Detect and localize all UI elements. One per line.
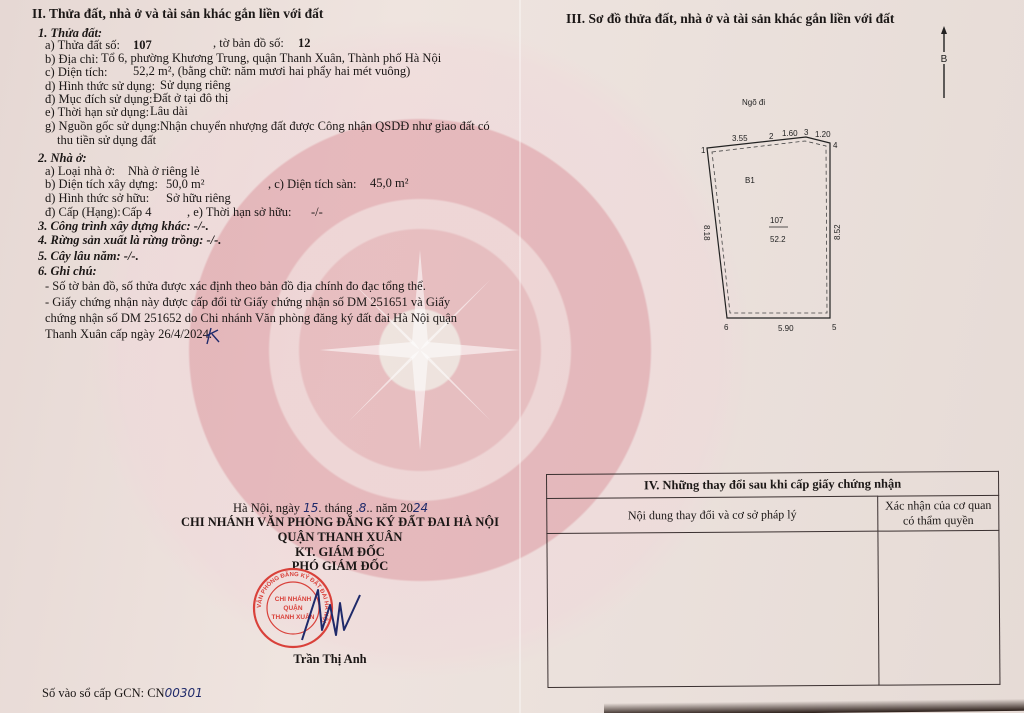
land-area: 52,2 m², (bằng chữ: năm mươi hai phẩy ha… [133, 64, 410, 79]
signing-org2: QUẬN THANH XUÂN [170, 530, 510, 545]
registry-value: 00301 [165, 686, 203, 700]
notes-heading: 6. Ghi chú: [38, 264, 97, 279]
svg-text:1.20: 1.20 [815, 130, 831, 139]
notes-line2: - Giấy chứng nhận này được cấp đổi từ Gi… [45, 295, 450, 310]
svg-text:5.90: 5.90 [778, 324, 794, 333]
fold-line [519, 0, 521, 713]
registry-number: Số vào sổ cấp GCN: CN00301 [42, 686, 203, 701]
date-month-label: tháng [325, 501, 353, 515]
signing-role1: KT. GIÁM ĐỐC [170, 545, 510, 560]
svg-text:8.18: 8.18 [702, 225, 711, 241]
land-origin-line2: thu tiền sử dụng đất [57, 133, 156, 148]
changes-content-cell [547, 531, 879, 687]
notes-line1: - Số tờ bản đồ, số thửa được xác định th… [45, 279, 426, 294]
signature-icon [300, 585, 370, 645]
notes-line4: Thanh Xuân cấp ngày 26/4/2024. [45, 327, 212, 342]
house-build-area: 50,0 m² [166, 177, 204, 192]
signer-name: Trần Thị Anh [280, 652, 380, 667]
svg-text:3.55: 3.55 [732, 134, 748, 143]
land-map-label: , tờ bản đồ số: [213, 36, 284, 51]
date-month: 8 [359, 501, 367, 515]
parcel-area: 52.2 [770, 235, 786, 244]
notes-line3: chứng nhận số DM 251652 do Chi nhánh Văn… [45, 311, 457, 326]
land-map-no: 12 [298, 36, 311, 51]
svg-text:B: B [941, 54, 948, 65]
svg-text:6: 6 [724, 323, 729, 332]
registry-label: Số vào sổ cấp GCN: CN [42, 686, 165, 700]
house-floor-area-label: , c) Diện tích sàn: [268, 177, 357, 192]
house-ownership-label: d) Hình thức sở hữu: [45, 191, 149, 206]
house-floor-area: 45,0 m² [370, 176, 408, 191]
col2-line2: có thẩm quyền [882, 513, 994, 529]
svg-text:5: 5 [832, 323, 837, 332]
section2-title: II. Thửa đất, nhà ở và tài sản khác gắn … [32, 6, 323, 22]
house-ownership: Sở hữu riêng [166, 191, 231, 206]
building-label: B1 [745, 176, 755, 185]
house-build-area-label: b) Diện tích xây dựng: [45, 177, 158, 192]
date-prefix: Hà Nội, ngày [233, 501, 300, 515]
house-grade: Cấp 4 [122, 205, 152, 220]
parcel-number: 107 [770, 216, 784, 225]
svg-text:1.60: 1.60 [782, 129, 798, 138]
svg-text:1: 1 [701, 146, 706, 155]
section4-title: IV. Những thay đổi sau khi cấp giấy chứn… [547, 471, 999, 498]
svg-text:3: 3 [804, 128, 809, 137]
parcel-diagram: Ngõ đi 1 2 3 4 5 6 3.55 1.60 1.20 5.90 8… [690, 90, 870, 340]
date-year-label: năm 20 [376, 501, 413, 515]
col2-line1: Xác nhận của cơ quan [882, 498, 994, 514]
forest: 4. Rừng sản xuất là rừng trồng: -/-. [38, 233, 221, 248]
house-own-term: -/- [311, 205, 323, 220]
house-own-term-label: , e) Thời hạn sở hữu: [187, 205, 291, 220]
signing-date: Hà Nội, ngày 15. tháng .8.. năm 2024 [233, 501, 428, 516]
north-arrow-icon: B [938, 24, 950, 100]
perennial: 5. Cây lâu năm: -/-. [38, 249, 139, 264]
changes-table: IV. Những thay đổi sau khi cấp giấy chứn… [546, 471, 1000, 688]
changes-confirmation-cell [878, 530, 1000, 685]
land-origin-line1: Nhận chuyển nhượng đất được Công nhận QS… [160, 119, 490, 134]
land-origin-label: g) Nguồn gốc sử dụng: [45, 119, 160, 134]
date-year-suffix: 24 [413, 501, 428, 515]
svg-text:2: 2 [769, 132, 774, 141]
land-area-label: c) Diện tích: [45, 65, 107, 80]
land-term: Lâu dài [150, 104, 188, 119]
date-day: 15 [303, 501, 318, 515]
other-works: 3. Công trình xây dựng khác: -/-. [38, 219, 209, 234]
signing-role2: PHÓ GIÁM ĐỐC [170, 559, 510, 574]
initial-mark-icon [203, 324, 223, 346]
section3-title: III. Sơ đồ thửa đất, nhà ở và tài sản kh… [566, 11, 894, 27]
changes-col-confirmation: Xác nhận của cơ quan có thẩm quyền [878, 495, 999, 531]
road-label: Ngõ đi [742, 98, 765, 107]
svg-text:8.52: 8.52 [833, 224, 842, 240]
land-term-label: e) Thời hạn sử dụng: [45, 105, 149, 120]
signing-org1: CHI NHÁNH VĂN PHÒNG ĐĂNG KÝ ĐẤT ĐAI HÀ N… [170, 515, 510, 530]
changes-col-content: Nội dung thay đổi và cơ sở pháp lý [547, 496, 878, 533]
svg-text:4: 4 [833, 141, 838, 150]
house-grade-label: đ) Cấp (Hạng): [45, 205, 121, 220]
